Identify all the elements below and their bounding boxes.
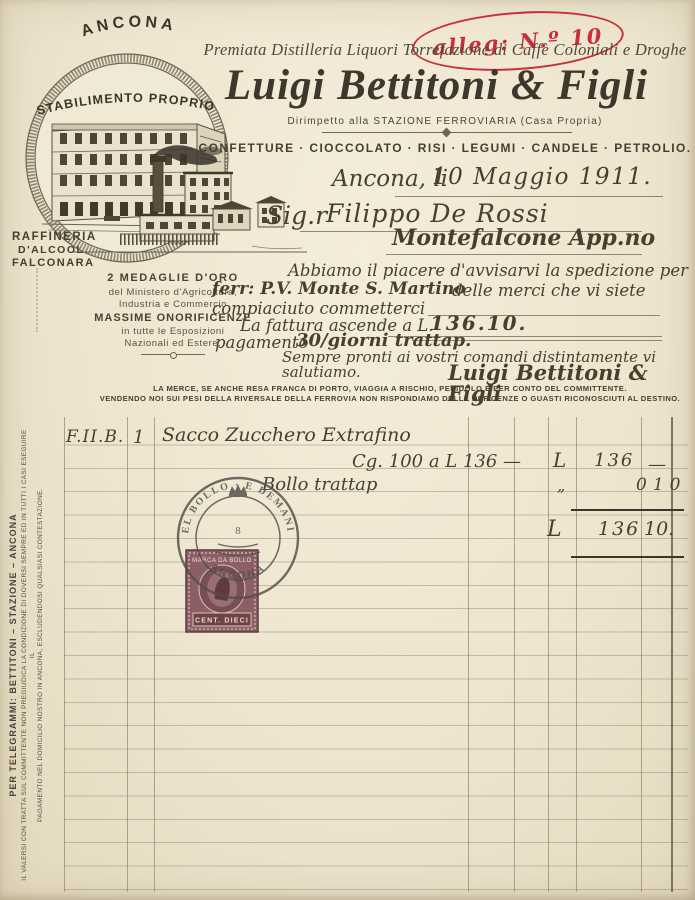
recipient-place: Montefalcone App.no xyxy=(392,227,655,249)
products-line: CONFETTURE · CIOCCOLATO · RISI · LEGUMI … xyxy=(195,142,695,154)
date-fill-line xyxy=(395,196,663,197)
honors-divider xyxy=(141,354,205,355)
body-line2-shipping: ferr: P.V. Monte S. Martino xyxy=(212,281,466,298)
total-rule-top xyxy=(571,509,684,511)
printer-credit-mark xyxy=(36,268,38,332)
recipient-prefix: Sig.r xyxy=(266,203,327,228)
refinery-caption: RAFFINERIA D'ALCOOL FALCONARA xyxy=(12,231,97,268)
svg-text:D'ALCOOL: D'ALCOOL xyxy=(18,244,84,256)
recipient-name: Filippo De Rossi xyxy=(326,201,549,226)
entry-cent: — xyxy=(648,456,666,474)
entry-ditto: „ xyxy=(557,478,565,494)
entry-qty: 1 xyxy=(133,429,144,447)
entry-lire: 136 xyxy=(594,452,634,470)
entry-bollo-amount: 010 xyxy=(636,477,686,494)
notice-line1: LA MERCE, SE ANCHE RESA FRANCA DI PORTO,… xyxy=(80,384,695,394)
dateline-city: Ancona, li xyxy=(332,168,448,191)
total-cent: 10. xyxy=(644,520,674,539)
place-fill-line xyxy=(386,254,642,255)
bollo-cent: 10 xyxy=(653,475,687,495)
table-column-line xyxy=(468,417,469,892)
table-column-line xyxy=(548,417,549,892)
total-rule-bottom xyxy=(571,556,684,558)
dateline-value: 10 Maggio 1911. xyxy=(432,166,652,189)
round-stamp-center: 8 xyxy=(235,525,241,537)
bollo-lire: 0 xyxy=(636,475,653,495)
revenue-stamp-value-text: CENT. DIECI xyxy=(195,618,249,625)
entry-unitprice: Cg. 100 a L 136 — xyxy=(352,453,521,471)
invoice-document: ANCONA STABILIMENTO PROPRIO xyxy=(0,0,695,900)
svg-text:FALCONARA: FALCONARA xyxy=(12,257,95,268)
table-column-line xyxy=(127,417,128,892)
svg-text:ANCONA: ANCONA xyxy=(79,14,178,41)
body-line2-rest: delle merci che vi siete xyxy=(452,283,646,300)
address-line: Dirimpetto alla STAZIONE FERROVIARIA (Ca… xyxy=(195,117,695,127)
table-column-line xyxy=(576,417,577,892)
table-column-line xyxy=(154,417,155,892)
total-lire: 136 xyxy=(598,520,640,539)
table-column-line xyxy=(64,417,65,892)
company-name: Luigi Bettitoni & Figli xyxy=(178,64,695,107)
svg-text:ANCONA: ANCONA xyxy=(208,561,268,582)
svg-text:RAFFINERIA: RAFFINERIA xyxy=(12,231,97,243)
notices-block: LA MERCE, SE ANCHE RESA FRANCA DI PORTO,… xyxy=(80,384,695,403)
telegram-address: PER TELEGRAMMI: BETTITONI – STAZIONE – A… xyxy=(9,429,18,881)
entry-description: Sacco Zucchero Extrafino xyxy=(162,426,411,445)
legal-line2: PAGAMENTO NEL DOMICILIO NOSTRO IN ANCONA… xyxy=(37,429,45,881)
entry-currency: L xyxy=(553,450,566,470)
round-stamp-city: ANCONA xyxy=(208,561,268,582)
tagline: Premiata Distilleria Liquori Torrefazion… xyxy=(195,42,695,59)
total-currency: L xyxy=(547,519,562,541)
header-divider xyxy=(322,132,572,138)
invoice-table: F.II.B. 1 Sacco Zucchero Extrafino Cg. 1… xyxy=(0,414,695,900)
entry-mark: F.II.B. xyxy=(66,429,124,446)
margin-vertical-text: PER TELEGRAMMI: BETTITONI – STAZIONE – A… xyxy=(9,429,51,881)
table-column-line xyxy=(514,417,515,892)
legal-line1: IL VALERSI CON TRATTA SUL COMMITTENTE NO… xyxy=(21,429,37,881)
notice-line2: VENDENDO NOI SUI PESI DELLA RIVERSALE DE… xyxy=(80,394,695,404)
office-round-stamp: DEL BOLLO · E DEMANIO 8 ANCONA xyxy=(172,472,304,604)
body-line1: Abbiamo il piacere d'avvisarvi la spediz… xyxy=(288,263,688,280)
city-arc-label: ANCONA xyxy=(79,14,178,41)
